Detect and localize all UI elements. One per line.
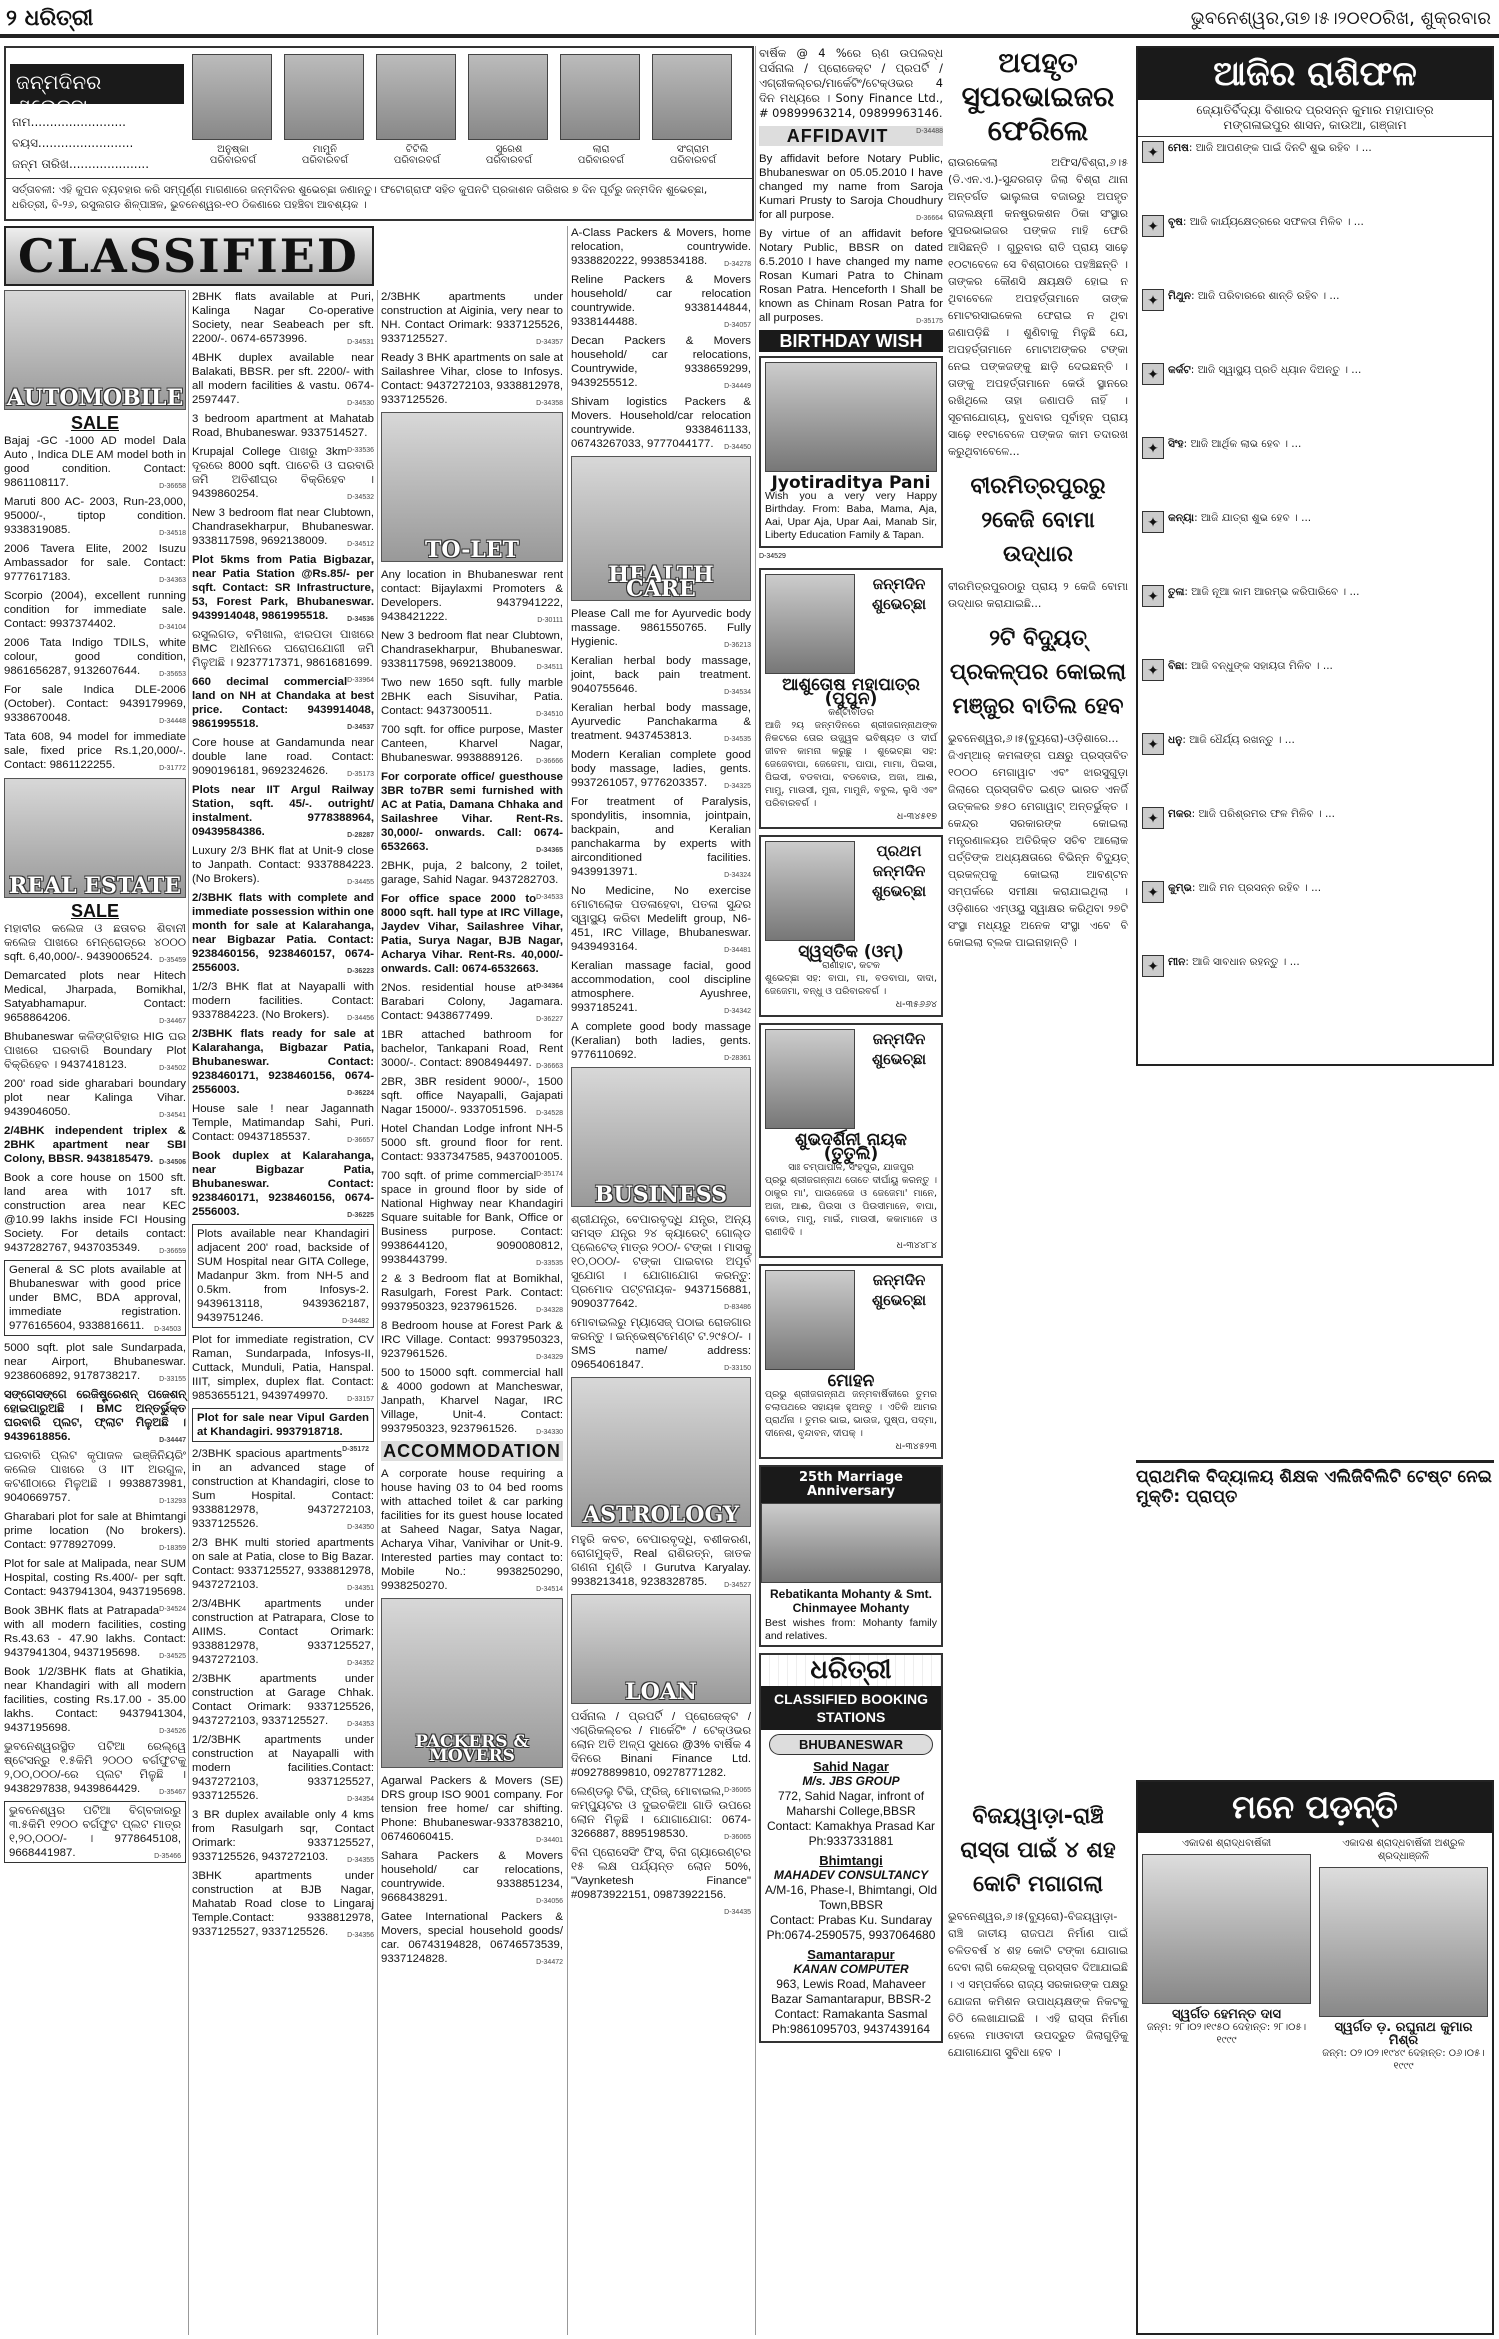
coupon-title: ଜନ୍ମଦିନର ଶୁଭେଚ୍ଛା (10, 64, 184, 104)
ad-code: D-33150 (724, 1362, 751, 1376)
classified-ad: ଭୁବନେଶ୍ୱର ପଟିଆ ବିଗ୍‌ବଜାରରୁ ୩.୫କିମି ୧୨୦୦ … (4, 1801, 186, 1863)
classified-ad: Hotel Chandan Lodge infront NH-5 5000 sf… (381, 1122, 563, 1164)
loan-label: LOAN (572, 1685, 750, 1699)
horoscope-text: ଆଜି ଯାତ୍ରା ଶୁଭ ହେବ । ... (1201, 512, 1311, 524)
classified-ad: Reline Packers & Movers household/ car r… (571, 273, 751, 329)
classified-ad: Plot 5kms from Patia Bigbazar, near Pati… (192, 553, 374, 623)
date-line: ଭୁବନେଶ୍ୱର,ତା୭।୫।୨୦୧୦ରିଖ, ଶୁକ୍ରବାର (1191, 8, 1491, 29)
booking-title: CLASSIFIED BOOKING STATIONS (761, 1686, 941, 1730)
greeting-text: ପ୍ରଭୁ ଶ୍ରୀଜଗନ୍ନାଥ ଜନ୍ମବାର୍ଷିକୀରେ ତୁମର ଚଲ… (765, 1388, 937, 1440)
tolet-ads-list: Any location in Bhubaneswar rent contact… (381, 568, 563, 1436)
classified-ad: Bhubaneswar କଳିଙ୍ଗବିହାର HIG ଘର ପାଖରେ ଘରବ… (4, 1030, 186, 1072)
ad-code: D-34472 (536, 1956, 563, 1970)
classified-ad: 2/3BHK spacious apartments in an advance… (192, 1447, 374, 1531)
ad-code: D-34330 (536, 1426, 563, 1440)
classified-ad: New 3 bedroom flat near Clubtown, Chandr… (381, 629, 563, 671)
classified-ad: ଭୁବନେଶ୍ୱରସ୍ଥିତ ପଟିଆ ରେଲ୍‌ୱେ ଷ୍ଟେସନ୍‌ରୁ ୧… (4, 1740, 186, 1796)
healthcare-image: HEALTH CARE (571, 456, 751, 601)
classified-ad: Maruti 800 AC- 2003, Run-23,000, 95000/-… (4, 495, 186, 537)
ad-code: D-34528 (536, 1107, 563, 1121)
ad-text: Book a core house on 1500 sft. land area… (4, 1172, 186, 1254)
automobile-image: AUTOMOBILE (4, 290, 186, 410)
classified-ad: 2006 Tavera Elite, 2002 Isuzu Ambassador… (4, 542, 186, 584)
ad-code: D-34514 (536, 1583, 563, 1597)
classified-ad: ମୋବାଇଲରୁ ମ୍ୟାସେଜ୍ ପଠାଇ ରୋଜଗାର କରନ୍ତୁ । ଇ… (571, 1316, 751, 1372)
classified-ad: 2BHK flats available at Puri, Kalinga Na… (192, 290, 374, 346)
zodiac-sign: ବୃଷ (1168, 216, 1183, 228)
station-area: Sahid Nagar (761, 1759, 941, 1774)
station-contact: Contact: Kamakhya Prasad Kar (761, 1819, 941, 1834)
classified-ad: Gatee International Packers & Movers, sp… (381, 1910, 563, 1966)
column-property: 2BHK flats available at Puri, Kalinga Na… (192, 290, 374, 1944)
ad-code: D-34510 (536, 708, 563, 722)
ad-code: D-36224 (347, 1087, 374, 1101)
classified-ad: Krupajal College ପାଖରୁ 3km ଦୂରରେ 8000 sq… (192, 445, 374, 501)
horoscope-item: ✦ବିଛା: ଆଜି ବନ୍ଧୁଙ୍କ ସହାୟତା ମିଳିବ । ... (1138, 655, 1492, 729)
healthcare-label: HEALTH CARE (572, 568, 750, 596)
wish-name: Jyotiraditya Pani (765, 476, 937, 490)
station-address: A/M-16, Phase-I, Bhimtangi, Old Town,BBS… (761, 1883, 941, 1913)
classified-ad: Book duplex at Kalarahanga, near Bigbaza… (192, 1149, 374, 1219)
ad-text: ପର୍ସନାଲ / ପ୍ରପର୍ଟି / ପ୍ରୋଜେକ୍ଟ / ଏଗ୍ରିକଲ… (571, 1711, 751, 1779)
ad-code: D-34353 (347, 1718, 374, 1732)
ad-code: D-83486 (724, 1301, 751, 1315)
ad-code: D-34449 (724, 380, 751, 394)
zodiac-sign: କନ୍ୟା (1168, 512, 1194, 524)
classified-banner: CLASSIFIED (4, 226, 374, 286)
birthday-wish-card: Jyotiraditya Pani Wish you a very very H… (759, 356, 943, 548)
horoscope-item: ✦ମିଥୁନ: ଆଜି ପରିବାରରେ ଶାନ୍ତି ରହିବ । ... (1138, 285, 1492, 359)
ad-code: D-34537 (347, 721, 374, 735)
greeting-wish: ଜନ୍ମଦିନ ଶୁଭେଚ୍ଛା (861, 1029, 937, 1129)
coupon-photo-strip: ଅନୁଷ୍କାପରିବାରବର୍ଗ ମାମୁନିପରିବାରବର୍ଗ ଟିଟିଲ… (192, 54, 734, 166)
column-divider (377, 290, 378, 2335)
classified-ad: A complete good body massage (Keralian) … (571, 1020, 751, 1062)
ad-code: D-36223 (347, 965, 374, 979)
classified-ad: For office space 2000 to 8000 sqft. hall… (381, 892, 563, 976)
horoscope-text: ଆଜି କାର୍ଯ୍ୟକ୍ଷେତ୍ରରେ ସଫଳତା ମିଳିବ । ... (1190, 216, 1364, 228)
horoscope-item: ✦ମେଷ: ଆଜି ଆପଣଙ୍କ ପାଇଁ ଦିନଟି ଶୁଭ ରହିବ । .… (1138, 137, 1492, 211)
ad-code: D-35175 (916, 315, 943, 329)
classified-ad: 700 sqft. for office purpose, Master Can… (381, 723, 563, 765)
horoscope-item: ✦କନ୍ୟା: ଆଜି ଯାତ୍ରା ଶୁଭ ହେବ । ... (1138, 507, 1492, 581)
horoscope-text: ଆଜି ସ୍ୱାସ୍ଥ୍ୟ ପ୍ରତି ଧ୍ୟାନ ଦିଅନ୍ତୁ । ... (1198, 364, 1362, 376)
ad-text: For treatment of Paralysis, spondylitis,… (571, 796, 751, 878)
classified-ad: For sale Indica DLE-2006 (October). Cont… (4, 683, 186, 725)
ad-code: D-13293 (159, 1495, 186, 1509)
booking-station: BhimtangiMAHADEV CONSULTANCYA/M-16, Phas… (761, 1853, 941, 1943)
station-firm: M/s. JBS GROUP (761, 1774, 941, 1789)
ad-code: D-33157 (347, 1393, 374, 1407)
classified-ad: 700 sqft. of prime commercial space in g… (381, 1169, 563, 1267)
ad-code: D-36666 (536, 755, 563, 769)
classified-ad: New 3 bedroom flat near Clubtown, Chandr… (192, 506, 374, 548)
horoscope-item: ✦ସିଂହ: ଆଜି ଆର୍ଥିକ ଲାଭ ହେବ । ... (1138, 433, 1492, 507)
booking-city: BHUBANESWAR (769, 1734, 933, 1755)
horoscope-text: ଆଜି ବନ୍ଧୁଙ୍କ ସହାୟତା ମିଳିବ । ... (1191, 660, 1333, 672)
greeting-name: ଶୁଭଦର୍ଶିନୀ ନାୟକ (ତୁତୁଲି) (765, 1133, 937, 1161)
packers-ads-list: Agarwal Packers & Movers (SE) DRS group … (381, 1774, 563, 1966)
ad-code: D-34363 (159, 574, 186, 588)
classified-ad: Plots near IIT Argul Railway Station, sq… (192, 783, 374, 839)
classified-ad: Two new 1650 sqft. fully marble 2BHK eac… (381, 676, 563, 718)
anniversary-text: Best wishes from: Mohanty family and rel… (761, 1615, 941, 1645)
obituary-title: ମନେ ପଡ଼ନ୍ତି (1138, 1782, 1492, 1833)
ad-code: D-35174 (536, 1168, 563, 1182)
zodiac-sign: କୁମ୍ଭ (1168, 882, 1192, 894)
horoscope-item: ✦ବୃଷ: ଆଜି କାର୍ଯ୍ୟକ୍ଷେତ୍ରରେ ସଫଳତା ମିଳିବ ।… (1138, 211, 1492, 285)
packers-image: PACKERS & MOVERS (381, 1598, 563, 1768)
section-heading: ACCOMMODATION (381, 1441, 563, 1461)
couple-photo (761, 1503, 941, 1583)
classified-ad: 5000 sqft. plot sale Sundarpada, near Ai… (4, 1341, 186, 1383)
zodiac-sign: ମକର (1168, 808, 1192, 820)
zodiac-icon: ✦ (1142, 141, 1164, 163)
classified-ad: 660 decimal commercial land on NH at Cha… (192, 675, 374, 731)
ad-text: ବିନା ପ୍ରୋସେସିଂ ଫିସ୍, ବିନା ଗ୍ୟାରେଣ୍ଟର ୧୫ … (571, 1847, 751, 1901)
horoscope-item: ✦ଧନୁ: ଆଜି ଧୈର୍ଯ୍ୟ ରଖନ୍ତୁ । ... (1138, 729, 1492, 803)
ad-code: D-34447 (159, 1434, 186, 1448)
classified-ad: Keralian herbal body massage, Ayurvedic … (571, 701, 751, 743)
classified-ad: 2/3BHK flats ready for sale at Kalarahan… (192, 1027, 374, 1097)
ad-code: D-34481 (724, 944, 751, 958)
ad-text: Plot for sale at Malipada, near SUM Hosp… (4, 1558, 186, 1598)
ad-text: Agarwal Packers & Movers (SE) DRS group … (381, 1775, 563, 1843)
ad-code: D-34529 (759, 550, 943, 564)
ad-code: D-34511 (537, 661, 563, 675)
accommodation-ads-list: A corporate house requiring a house havi… (381, 1467, 563, 1593)
classified-ad: Luxury 2/3 BHK flat at Unit-9 close to J… (192, 844, 374, 886)
ad-text: A corporate house requiring a house havi… (381, 1468, 563, 1592)
station-firm: KANAN COMPUTER (761, 1962, 941, 1977)
ad-code: D-35459 (159, 954, 186, 968)
station-area: Samantarapur (761, 1947, 941, 1962)
page-number: ୨ ଧରିତ୍ରୀ (6, 6, 93, 31)
portrait-photo (1319, 1867, 1488, 2017)
ad-code: ଧ-୩୫୬୬୪ (765, 998, 937, 1011)
classified-ad: ଶ୍ରୀଯନ୍ତ୍ର, ବେପାରବୃଦ୍ଧି ଯନ୍ତ୍ର, ଅନ୍ୟ ସମସ… (571, 1213, 751, 1311)
ad-code: D-34342 (724, 1005, 751, 1019)
ad-code: D-34530 (347, 397, 374, 411)
ad-text: Plot for immediate registration, CV Rama… (192, 1334, 374, 1402)
horoscope-list: ✦ମେଷ: ଆଜି ଆପଣଙ୍କ ପାଇଁ ଦିନଟି ଶୁଭ ରହିବ । .… (1138, 137, 1492, 1025)
loan-image: LOAN (571, 1594, 751, 1704)
portrait-photo (468, 54, 548, 140)
realestate-ads-list: ମହାବୀର କଲେଜ ଓ ଛତାବର ଶିବାନୀ କଲେଜ ପାଖରେ ମେ… (4, 922, 186, 1863)
classified-ad: 2BHK, puja, 2 balcony, 2 toilet, garage,… (381, 859, 563, 887)
obituary-box: ମନେ ପଡ଼ନ୍ତି ଏକାଦଶ ଶ୍ରାଦ୍ଧବାର୍ଷିକୀ ସ୍ୱର୍ଗ… (1136, 1780, 1494, 2335)
apartment-ads-list: 2/3BHK apartments under construction at … (381, 290, 563, 407)
classified-ad: Please Call me for Ayurvedic body massag… (571, 607, 751, 649)
coupon-photo: ଟିଟିଲିପରିବାରବର୍ଗ (376, 54, 458, 166)
classified-ad: Keralian herbal body massage, joint, bac… (571, 654, 751, 696)
ad-code: D-34467 (159, 1015, 186, 1029)
ad-code: D-36213 (724, 639, 751, 653)
portrait-photo (1142, 1854, 1311, 2004)
ad-code: D-31772 (159, 762, 186, 776)
ad-code: D-34533 (536, 891, 563, 905)
packers-label: PACKERS & MOVERS (382, 1735, 562, 1763)
classified-ad: 2/3/4BHK apartments under construction a… (192, 1597, 374, 1667)
greeting-text: ଆଜି ୨ୟ ଜନ୍ମଦିନରେ ଶ୍ରୀଜଗନ୍ନାଥଙ୍କ ନିକଟରେ ତ… (765, 719, 937, 810)
classified-ad: 3 bedroom apartment at Mahatab Road, Bhu… (192, 412, 374, 440)
ad-code: D-34324 (724, 869, 751, 883)
greeting-card: ପ୍ରଥମ ଜନ୍ମଦିନ ଶୁଭେଚ୍ଛାସ୍ୱସ୍ତିକ (ଓମ୍)ରାଣୀ… (759, 835, 943, 1017)
ad-code: D-18359 (159, 1542, 186, 1556)
ad-code: D-34456 (347, 1012, 374, 1026)
ad-code: D-34328 (536, 1304, 563, 1318)
classified-ad: Core house at Gandamunda near double lan… (192, 736, 374, 778)
classified-ad: A corporate house requiring a house havi… (381, 1467, 563, 1593)
ad-text: ରସୁଲଗଡ, ବମିଖାଲ, ଝାରପଡା ପାଖରେ BMC ଅଧୀନରେ … (192, 629, 374, 669)
obituary-right: ଏକାଦଶ ଶ୍ରାଦ୍ଧବାର୍ଷିକୀ ଅଶ୍ରୁଳ ଶ୍ରଦ୍ଧାଞ୍ଜଳ… (1315, 1833, 1492, 2077)
horoscope-author: ଜ୍ୟୋତିର୍ବିଦ୍ୟା ବିଶାରଦ ପ୍ରସନ୍ନ କୁମାର ମହାପ… (1138, 100, 1492, 137)
coupon-fields: ନାମ......................... ବୟସ........… (12, 112, 149, 175)
classified-ad: 2/3 BHK multi storied apartments on sale… (192, 1536, 374, 1592)
classified-ad: 1/2/3 BHK flat at Nayapalli with modern … (192, 980, 374, 1022)
greeting-place: କଣ୍ଟାବାଡର (765, 706, 937, 719)
story-body: ଭୁବନେଶ୍ୱର,୬।୫(ବ୍ୟୁରୋ)-ଓଡ଼ିଶାରେ... ଜିଏମ୍‌… (948, 730, 1128, 951)
greeting-name: ମୋହନ (765, 1374, 937, 1388)
newspaper-logo: ଧରିତ୍ରୀ (761, 1655, 941, 1686)
ad-code: D-34532 (347, 491, 374, 505)
classified-ad: No Medicine, No exercise ମୋଟାଲୋକ ପତଳାହେବ… (571, 884, 751, 954)
business-image: BUSINESS (571, 1067, 751, 1207)
classified-ad: Gharabari plot for sale at Bhimtangi pri… (4, 1510, 186, 1552)
news-column-bottom: ବିଜୟୱାଡ଼ା-ରାଞ୍ଚି ରାସ୍ତା ପାଇଁ ୪ ଶହ କୋଟି ମ… (948, 1800, 1128, 2061)
horoscope-item: ✦ମକର: ଆଜି ପରିଶ୍ରମର ଫଳ ମିଳିବ । ... (1138, 803, 1492, 877)
ad-text: Plot for sale near Vipul Garden at Khand… (197, 1412, 369, 1438)
ad-text: 2/3BHK flats with complete and immediate… (192, 892, 374, 974)
classified-ad: Tata 608, 94 model for immediate sale, f… (4, 730, 186, 772)
ad-code: D-34104 (159, 621, 186, 635)
greeting-text: ଶୁଭେଚ୍ଛା ସହ: ବାପା, ମା, ବଡବାପା, ଦାଦା, ଜେଜ… (765, 972, 937, 998)
horoscope-text: ଆଜି ମନ ପ୍ରସନ୍ନ ରହିବ । ... (1199, 882, 1321, 894)
horoscope-text: ଆଜି ପରିଶ୍ରମର ଫଳ ମିଳିବ । ... (1198, 808, 1335, 820)
column-automobile-realestate: AUTOMOBILE SALE Bajaj -GC -1000 AD model… (4, 290, 186, 1868)
obituary-columns: ଏକାଦଶ ଶ୍ରାଦ୍ଧବାର୍ଷିକୀ ସ୍ୱର୍ଗତ ହେମନ୍ତ ଦାସ… (1138, 1833, 1492, 2077)
booking-station: Sahid NagarM/s. JBS GROUP772, Sahid Naga… (761, 1759, 941, 1849)
classified-ad: 2BR, 3BR resident 9000/-, 1500 sqft. off… (381, 1075, 563, 1117)
classified-ad: 500 to 15000 sqft. commercial hall & 400… (381, 1366, 563, 1436)
zodiac-icon: ✦ (1142, 733, 1164, 755)
zodiac-sign: ସିଂହ (1168, 438, 1184, 450)
ad-code: D-36065 (724, 1784, 751, 1798)
ad-code: ଧ-୩୪୫୨୩ (765, 1440, 937, 1453)
classified-ad: 1/2/3BHK apartments under construction a… (192, 1733, 374, 1803)
ad-text: Book 1/2/3BHK flats at Ghatikia, near Kh… (4, 1666, 186, 1734)
portrait-photo (765, 841, 855, 941)
zodiac-icon: ✦ (1142, 881, 1164, 903)
classified-ad: 2/3BHK flats with complete and immediate… (192, 891, 374, 975)
ad-code: D-34278 (724, 258, 751, 272)
ad-text: Hotel Chandan Lodge infront NH-5 5000 sf… (381, 1123, 563, 1163)
classified-ad: Plot for sale at Malipada, near SUM Hosp… (4, 1557, 186, 1599)
zodiac-sign: ତୁଳା (1168, 586, 1184, 598)
ad-code: D-34056 (536, 1895, 563, 1909)
horoscope-text: ଆଜି ଆପଣଙ୍କ ପାଇଁ ଦିନଟି ଶୁଭ ରହିବ । ... (1196, 142, 1372, 154)
ad-text: 700 sqft. of prime commercial space in g… (381, 1170, 563, 1266)
column-services: A-Class Packers & Movers, home relocatio… (571, 226, 751, 1920)
obituary-left: ଏକାଦଶ ଶ୍ରାଦ୍ଧବାର୍ଷିକୀ ସ୍ୱର୍ଗତ ହେମନ୍ତ ଦାସ… (1138, 1833, 1315, 2077)
coupon-photo: ସୁରେଶପରିବାରବର୍ଗ (468, 54, 550, 166)
astrology-ads-list: ମହୁରି କବଚ, ବେପାରବୃଦ୍ଧି, ବଶୀକରଣ, ରୋଗମୁକ୍ତ… (571, 1533, 751, 1589)
greeting-card: ଜନ୍ମଦିନ ଶୁଭେଚ୍ଛାଶୁଭଦର୍ଶିନୀ ନାୟକ (ତୁତୁଲି)… (759, 1023, 943, 1258)
ad-text: 500 to 15000 sqft. commercial hall & 400… (381, 1367, 563, 1435)
zodiac-sign: କର୍କଟ (1168, 364, 1191, 376)
section-heading: BIRTHDAY WISH (759, 330, 943, 352)
coupon-photo: ସଂଗ୍ରାମପରିବାରବର୍ଗ (652, 54, 734, 166)
greeting-wish: ଜନ୍ମଦିନ ଶୁଭେଚ୍ଛା (861, 574, 937, 674)
classified-ad: For corporate office/ guesthouse 3BR to7… (381, 770, 563, 854)
horoscope-text: ଆଜି ଆର୍ଥିକ ଲାଭ ହେବ । ... (1191, 438, 1302, 450)
automobile-label: AUTOMOBILE (5, 391, 185, 405)
classified-ad: Book 1/2/3BHK flats at Ghatikia, near Kh… (4, 1665, 186, 1735)
ad-text: For office space 2000 to 8000 sqft. hall… (381, 893, 563, 975)
section-heading: SALE (4, 416, 186, 430)
classified-ad: A-Class Packers & Movers, home relocatio… (571, 226, 751, 268)
ad-code: D-33964 (347, 674, 374, 688)
classified-ad: Scorpio (2004), excellent running condit… (4, 589, 186, 631)
ad-code: D-34455 (347, 876, 374, 890)
business-label: BUSINESS (572, 1188, 750, 1202)
anniversary-names: Rebatikanta Mohanty & Smt. Chinmayee Moh… (761, 1587, 941, 1615)
headline: ୨ଟି ବିଦ୍ୟୁତ୍ ପ୍ରକଳ୍ପର କୋଇଲା ମଞ୍ଜୁର ବାତିଲ… (948, 622, 1128, 724)
classified-ad: ବିନା ପ୍ରୋସେସିଂ ଫିସ୍, ବିନା ଗ୍ୟାରେଣ୍ଟର ୧୫ … (571, 1846, 751, 1902)
ad-text: 2/3BHK spacious apartments in an advance… (192, 1448, 374, 1530)
classified-ad: 2Nos. residential house at Barabari Colo… (381, 981, 563, 1023)
ad-code: D-36225 (347, 1209, 374, 1223)
classified-ad: ମହୁରି କବଚ, ବେପାରବୃଦ୍ଧି, ବଶୀକରଣ, ରୋଗମୁକ୍ତ… (571, 1533, 751, 1589)
coupon-field-dob[interactable]: ଜନ୍ମ ତାରିଖ..................... (12, 154, 149, 175)
classified-ad: ଘରବାରି ପ୍ଲଟ କୃପାଜଳ ଇଞ୍ଜିନିୟରିଂ କଲେଜ ପାଖର… (4, 1449, 186, 1505)
anniversary-card: 25th Marriage Anniversary Rebatikanta Mo… (759, 1465, 943, 1647)
horoscope-item: ✦ମୀନ: ଆଜି ସାବଧାନ ରହନ୍ତୁ । ... (1138, 951, 1492, 1025)
ad-code: D-34502 (159, 1062, 186, 1076)
classified-ad: Modern Keralian complete good body massa… (571, 748, 751, 790)
ad-text: Book duplex at Kalarahanga, near Bigbaza… (192, 1150, 374, 1218)
ad-code: D-36657 (347, 1134, 374, 1148)
classified-ad: 8 Bedroom house at Forest Park & IRC Vil… (381, 1319, 563, 1361)
classified-ad: Any location in Bhubaneswar rent contact… (381, 568, 563, 624)
classified-ad: 4BHK duplex available near Balakati, BBS… (192, 351, 374, 407)
zodiac-icon: ✦ (1142, 585, 1164, 607)
portrait-photo (376, 54, 456, 140)
classified-ad: 2/4BHK independent triplex & 2BHK apartm… (4, 1124, 186, 1166)
station-address: 963, Lewis Road, Mahaveer Bazar Samantar… (761, 1977, 941, 2007)
column-divider (188, 290, 189, 2335)
portrait-photo (652, 54, 732, 140)
horoscope-text: ଆଜି ନୂଆ କାମ ଆରମ୍ଭ କରିପାରିବେ । ... (1191, 586, 1359, 598)
health-ads-list: Please Call me for Ayurvedic body massag… (571, 607, 751, 1062)
classified-ad: Book a core house on 1500 sft. land area… (4, 1171, 186, 1255)
ad-code: D-34503 (154, 1323, 181, 1337)
zodiac-icon: ✦ (1142, 437, 1164, 459)
ad-code: D-28361 (724, 1052, 751, 1066)
classified-ad: ମହାବୀର କଲେଜ ଓ ଛତାବର ଶିବାନୀ କଲେଜ ପାଖରେ ମେ… (4, 922, 186, 964)
classified-ad: Plot for sale near Vipul Garden at Khand… (192, 1408, 374, 1442)
business-ads-list: ଶ୍ରୀଯନ୍ତ୍ର, ବେପାରବୃଦ୍ଧି ଯନ୍ତ୍ର, ଅନ୍ୟ ସମସ… (571, 1213, 751, 1372)
ad-code: ଧ-୩୪୫୧୭ (765, 810, 937, 823)
astrology-image: ASTROLOGY (571, 1377, 751, 1527)
column-tolet: 2/3BHK apartments under construction at … (381, 290, 563, 1971)
ad-text: 1/2/3BHK apartments under construction a… (192, 1734, 374, 1802)
ad-code: D-34527 (724, 1579, 751, 1593)
ad-code: D-34482 (342, 1315, 369, 1329)
column-divider (755, 46, 756, 2335)
station-address: 772, Sahid Nagar, infront of Maharshi Co… (761, 1789, 941, 1819)
classified-ad: 2006 Tata Indigo TDILS, white colour, go… (4, 636, 186, 678)
coupon-terms: ସର୍ତ୍ତାବଳୀ: ଏହି କୁପନ ବ୍ୟବହାର କରି ସମ୍ପୂର୍… (6, 178, 752, 217)
affidavit-list: By affidavit before Notary Public, Bhuba… (759, 152, 943, 325)
loan-ad: ବାର୍ଷିକ @ 4 %ରେ ଋଣ ଉପଲବ୍ଧ ପର୍ସନାଲ / ପ୍ରୋ… (759, 46, 943, 121)
classified-ad: Shivam logistics Packers & Movers. House… (571, 395, 751, 451)
ad-code: D-34401 (536, 1834, 563, 1848)
ad-code: D-35467 (159, 1786, 186, 1800)
ad-code: D-34350 (347, 1521, 374, 1535)
coupon-photo: ମାମୁନିପରିବାରବର୍ଗ (284, 54, 366, 166)
classified-ad: Demarcated plots near Hitech Medical, Jh… (4, 969, 186, 1025)
headline: ପ୍ରାଥମିକ ବିଦ୍ୟାଳୟ ଶିକ୍ଷକ ଏଲିଜିବିଲିଟି ଟେଷ… (1136, 1460, 1494, 1507)
classified-ad: Agarwal Packers & Movers (SE) DRS group … (381, 1774, 563, 1844)
coupon-field-name[interactable]: ନାମ......................... (12, 112, 149, 133)
ad-code: D-36658 (159, 480, 186, 494)
greeting-place: ସାଃ ଚମ୍ପାପାଳ, ସିଂହପୁର, ଯାଜପୁର (765, 1161, 937, 1174)
ad-code: D-34450 (724, 441, 751, 455)
ad-code: D-35653 (159, 668, 186, 682)
portrait-photo (765, 1270, 855, 1370)
classified-ad: Bajaj -GC -1000 AD model Dala Auto , Ind… (4, 434, 186, 490)
classified-ad: 2/3BHK apartments under construction at … (192, 1672, 374, 1728)
ad-code: ଧ-୩୪୪୮୪ (765, 1239, 937, 1252)
zodiac-sign: ମୀନ (1168, 956, 1185, 968)
ad-code: D-34329 (536, 1351, 563, 1365)
ad-text: By virtue of an affidavit before Notary … (759, 228, 943, 324)
station-phone: Ph:9337331881 (761, 1834, 941, 1849)
classified-ad: Sahara Packers & Movers household/ car r… (381, 1849, 563, 1905)
ad-code: D-35466 (154, 1850, 181, 1864)
classified-ad: General & SC plots available at Bhubanes… (4, 1260, 186, 1336)
ad-code: D-34524 (159, 1603, 186, 1617)
column-divider (567, 226, 568, 2335)
portrait-photo (284, 54, 364, 140)
anniversary-heading: 25th Marriage Anniversary (761, 1467, 941, 1503)
booking-station: SamantarapurKANAN COMPUTER963, Lewis Roa… (761, 1947, 941, 2037)
property-ads-list: 2BHK flats available at Puri, Kalinga Na… (192, 290, 374, 1939)
ad-code: D-34358 (536, 397, 563, 411)
zodiac-sign: ଧନୁ (1168, 734, 1182, 746)
ad-code: D-34534 (724, 686, 751, 700)
portrait-photo (192, 54, 272, 140)
ad-code: D-36659 (159, 1245, 186, 1259)
classified-ad: Decan Packers & Movers household/ car re… (571, 334, 751, 390)
classified-ad: Ready 3 BHK apartments on sale at Sailas… (381, 351, 563, 407)
ad-code: D-34356 (347, 1929, 374, 1943)
coupon-field-age[interactable]: ବୟସ......................... (12, 133, 149, 154)
ad-code: D-34435 (724, 1906, 751, 1920)
zodiac-icon: ✦ (1142, 659, 1164, 681)
ad-code: D-33536 (347, 444, 374, 458)
classified-ad: By virtue of an affidavit before Notary … (759, 227, 943, 325)
station-contact: Contact: Ramakanta Sasmal (761, 2007, 941, 2022)
classified-ad: Plot for immediate registration, CV Rama… (192, 1333, 374, 1403)
booking-stations: ଧରିତ୍ରୀ CLASSIFIED BOOKING STATIONS BHUB… (759, 1653, 943, 2043)
zodiac-icon: ✦ (1142, 807, 1164, 829)
greeting-wish: ପ୍ରଥମ ଜନ୍ମଦିନ ଶୁଭେଚ୍ଛା (861, 841, 937, 941)
classified-ad: Keralian massage facial, good accommodat… (571, 959, 751, 1015)
ad-code: D-34448 (159, 715, 186, 729)
horoscope-item: ✦କର୍କଟ: ଆଜି ସ୍ୱାସ୍ଥ୍ୟ ପ୍ରତି ଧ୍ୟାନ ଦିଅନ୍ତ… (1138, 359, 1492, 433)
